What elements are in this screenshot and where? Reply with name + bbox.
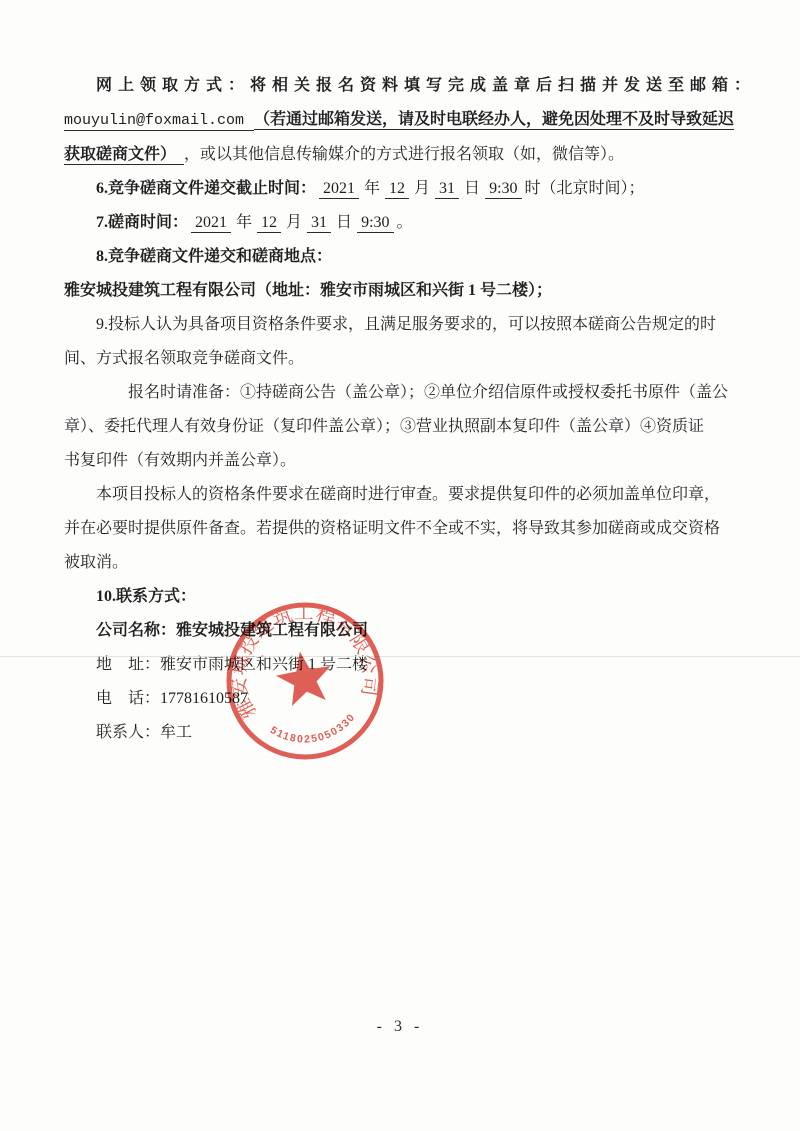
negotiation-suffix: 。 [397, 214, 413, 231]
star-icon [273, 647, 337, 708]
contact-phone: 电 话：17781610587 [64, 682, 738, 716]
item-8-venue: 雅安城投建筑工程有限公司（地址：雅安市雨城区和兴街 1 号二楼）； [64, 274, 738, 308]
prep-text-1: 报名时请准备：①持磋商公告（盖公章）；②单位介绍信原件或授权委托书原件（盖公 [128, 384, 728, 401]
item-9-line-2: 间、方式报名领取竞争磋商文件。 [64, 342, 738, 376]
review-line-3: 被取消。 [64, 546, 738, 580]
unit-day: 日 [464, 180, 480, 197]
item-7-time: 7.磋商时间：2021年12月31日9:30。 [64, 206, 738, 240]
review-text-1: 本项目投标人的资格条件要求在磋商时进行审查。要求提供复印件的必须加盖单位印章， [96, 486, 720, 503]
prep-text-2: 章）、委托代理人有效身份证（复印件盖公章）；③营业执照副本复印件（盖公章）④资质… [64, 418, 704, 435]
page-number-text: - 3 - [377, 1018, 424, 1035]
deadline-year: 2021 [319, 180, 359, 199]
online-method-line-1: 网上领取方式：将相关报名资料填写完成盖章后扫描并发送至邮箱： [64, 69, 738, 103]
scan-artifact-line [0, 656, 800, 657]
contact-company: 公司名称：雅安城投建筑工程有限公司 [64, 614, 738, 648]
negotiation-year: 2021 [191, 214, 231, 233]
item-9-line-1: 9.投标人认为具备项目资格条件要求，且满足服务要求的，可以按照本磋商公告规定的时 [64, 308, 738, 342]
item-6-deadline: 6.竞争磋商文件递交截止时间：2021年12月31日9:30时（北京时间）； [64, 172, 738, 206]
prep-line-3: 书复印件（有效期内并盖公章）。 [64, 444, 738, 478]
underline-gap [176, 146, 184, 165]
document-page: 网上领取方式：将相关报名资料填写完成盖章后扫描并发送至邮箱： mouyulin@… [0, 0, 800, 1131]
unit-month-2: 月 [286, 214, 302, 231]
unit-year: 年 [364, 180, 380, 197]
negotiation-time: 9:30 [357, 214, 393, 233]
document-content: 网上领取方式：将相关报名资料填写完成盖章后扫描并发送至邮箱： mouyulin@… [64, 69, 738, 750]
prep-text-3: 书复印件（有效期内并盖公章）。 [64, 452, 296, 469]
deadline-time: 9:30 [485, 180, 521, 199]
contact-person-text: 联系人：牟工 [96, 724, 192, 741]
other-media-text: ，或以其他信息传输媒介的方式进行报名领取（如，微信等）。 [184, 146, 624, 163]
deadline-month: 12 [385, 180, 409, 199]
deadline-day: 31 [435, 180, 459, 199]
unit-month: 月 [414, 180, 430, 197]
review-text-3: 被取消。 [64, 554, 128, 571]
prep-line-1: 报名时请准备：①持磋商公告（盖公章）；②单位介绍信原件或授权委托书原件（盖公 [64, 376, 738, 410]
deadline-suffix: 时（北京时间）； [525, 180, 645, 197]
item-9-text-2: 间、方式报名领取竞争磋商文件。 [64, 350, 304, 367]
prep-line-2: 章）、委托代理人有效身份证（复印件盖公章）；③营业执照副本复印件（盖公章）④资质… [64, 410, 738, 444]
item-7-label: 7.磋商时间： [96, 214, 188, 231]
company-seal: 雅安城投建筑工程有限公司 5118025050330 [214, 590, 396, 772]
review-line-2: 并在必要时提供原件备查。若提供的资格证明文件不全或不实，将导致其参加磋商或成交资… [64, 512, 738, 546]
venue-text: 雅安城投建筑工程有限公司（地址：雅安市雨城区和兴街 1 号二楼）； [64, 282, 552, 299]
online-method-line-3: 获取磋商文件） ，或以其他信息传输媒介的方式进行报名领取（如，微信等）。 [64, 138, 738, 172]
item-8-label: 8.竞争磋商文件递交和磋商地点： [64, 240, 738, 274]
item-9-text-1: 9.投标人认为具备项目资格条件要求，且满足服务要求的，可以按照本磋商公告规定的时 [96, 316, 716, 333]
item-10-label: 10.联系方式： [64, 580, 738, 614]
negotiation-day: 31 [307, 214, 331, 233]
review-line-1: 本项目投标人的资格条件要求在磋商时进行审查。要求提供复印件的必须加盖单位印章， [64, 478, 738, 512]
contact-person: 联系人：牟工 [64, 716, 738, 750]
negotiation-month: 12 [257, 214, 281, 233]
item-6-label: 6.竞争磋商文件递交截止时间： [96, 180, 316, 197]
unit-year-2: 年 [236, 214, 252, 231]
email-address: mouyulin@foxmail.com [64, 112, 254, 131]
email-note-text: （若通过邮箱发送，请及时电联经办人，避免因处理不及时导致延迟 [254, 111, 734, 130]
underlined-doc-note: 获取磋商文件） [64, 146, 176, 165]
online-method-line-2: mouyulin@foxmail.com（若通过邮箱发送，请及时电联经办人，避免… [64, 103, 738, 138]
page-number: - 3 - [0, 1018, 800, 1036]
review-text-2: 并在必要时提供原件备查。若提供的资格证明文件不全或不实，将导致其参加磋商或成交资… [64, 520, 720, 537]
unit-day-2: 日 [336, 214, 352, 231]
item-10-label-text: 10.联系方式： [96, 588, 196, 605]
online-method-text: 网上领取方式：将相关报名资料填写完成盖章后扫描并发送至邮箱： [96, 77, 756, 94]
contact-address: 地 址：雅安市雨城区和兴街 1 号二楼 [64, 648, 738, 682]
item-8-label-text: 8.竞争磋商文件递交和磋商地点： [96, 248, 332, 265]
